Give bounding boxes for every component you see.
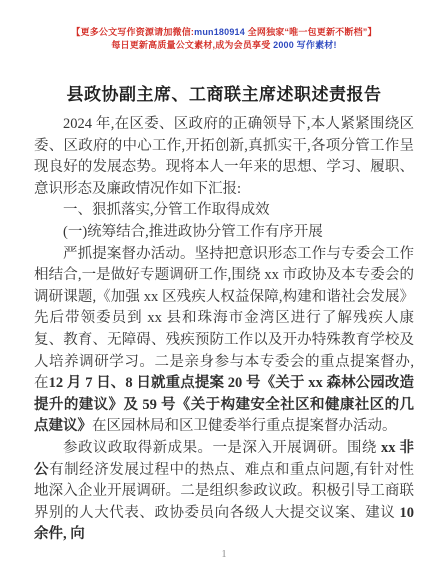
text-segment: 每日更新高质量公文素材,成为会员享受	[111, 40, 273, 50]
text-segment: 一、狠抓落实,分管工作取得成效	[63, 202, 270, 218]
text-segment: 参政议政取得新成果。一是深入开展调研。围绕	[63, 440, 381, 456]
body-paragraph: 2024 年,在区委、区政府的正确领导下,本人紧紧围绕区委、区政府的中心工作,开…	[34, 114, 414, 200]
document-body: 2024 年,在区委、区政府的正确领导下,本人紧紧围绕区委、区政府的中心工作,开…	[34, 114, 414, 546]
text-segment: 有制经济发展过程中的热点、难点和重点问题,有针对性地深入企业开展调研。二是组织参…	[34, 462, 414, 521]
text-segment: mun180914	[194, 27, 245, 37]
promo-header: 【更多公文写作资源请加微信:mun180914 全网独家“唯一包更新不断档”】 …	[0, 0, 448, 52]
promo-line-2: 每日更新高质量公文素材,成为会员享受 2000 写作素材!	[0, 39, 448, 52]
page-number: 1	[0, 549, 448, 560]
section-heading: (一)统筹结合,推进政协分管工作有序开展	[34, 222, 414, 244]
section-heading: 一、狠抓落实,分管工作取得成效	[34, 200, 414, 222]
body-paragraph: 严抓提案督办活动。坚持把意识形态工作与专委会工作相结合,一是做好专题调研工作,围…	[34, 244, 414, 438]
text-segment: 在区园林局和区卫健委举行重点提案督办活动。	[92, 418, 397, 434]
text-segment: 2024 年,在区委、区政府的正确领导下,本人紧紧围绕区委、区政府的中心工作,开…	[34, 116, 414, 197]
text-segment: 【更多公文写作资源请加微信:	[71, 27, 194, 37]
text-segment: 全网独家“唯一包更新不断档”】	[245, 27, 377, 37]
promo-line-1: 【更多公文写作资源请加微信:mun180914 全网独家“唯一包更新不断档”】	[0, 26, 448, 39]
document-title: 县政协副主席、工商联主席述职述责报告	[34, 80, 414, 105]
text-segment: (一)统筹结合,推进政协分管工作有序开展	[63, 224, 323, 240]
text-segment: 严抓提案督办活动。坚持把意识形态工作与专委会工作相结合,一是做好专题调研工作,围…	[34, 246, 414, 392]
body-paragraph: 参政议政取得新成果。一是深入开展调研。围绕 xx 非公有制经济发展过程中的热点、…	[34, 438, 414, 546]
text-segment: 2000 写作素材!	[273, 40, 337, 50]
document-page: 【更多公文写作资源请加微信:mun180914 全网独家“唯一包更新不断档”】 …	[0, 0, 448, 580]
